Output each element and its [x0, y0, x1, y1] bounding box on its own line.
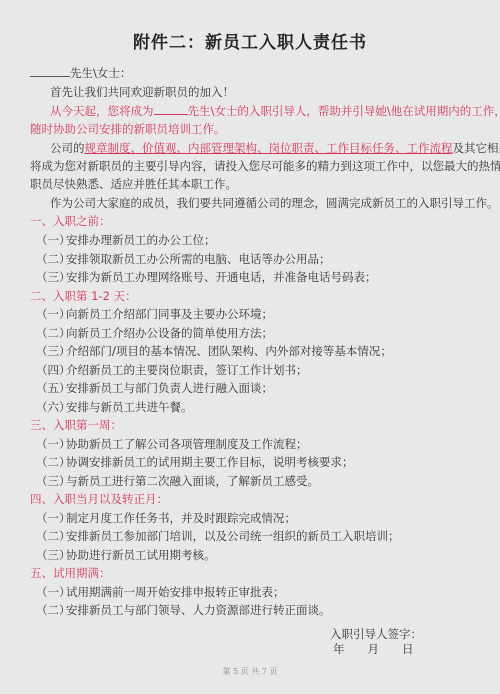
page-footer: 第 5 页 共 7 页 — [0, 666, 500, 677]
item-number: （一） — [36, 231, 66, 249]
item-number: （一） — [36, 305, 66, 323]
list-item: （三）协助进行新员工试用期考核。 — [36, 546, 216, 564]
section-heading: 三、入职第一周： — [30, 416, 122, 434]
para2-line3: 职员尽快熟悉、适应并胜任其本职工作。 — [30, 175, 237, 193]
para1-middle: 先生\女士的入职引导人，帮助并引导她\他在试用期内的工作，并 — [188, 104, 500, 118]
list-item: （一）向新员工介绍部门同事及主要办公环境； — [36, 305, 273, 323]
list-item: （二）安排新员工参加部门培训，以及公司统一组织的新员工入职培训； — [36, 527, 400, 545]
item-text: 安排新员工与部门负责人进行融入面谈； — [66, 381, 273, 395]
section-heading: 二、入职第 1-2 天： — [30, 287, 137, 305]
item-text: 安排与新员工共进午餐。 — [66, 400, 193, 414]
item-number: （四） — [36, 361, 66, 379]
list-item: （三）安排为新员工办理网络账号、开通电话，并准备电话号码表； — [36, 268, 377, 286]
list-item: （二）安排新员工与部门领导、人力资源部进行转正面谈。 — [36, 601, 331, 619]
item-number: （二） — [36, 527, 66, 545]
item-text: 协助进行新员工试用期考核。 — [66, 548, 216, 562]
item-text: 向新员工介绍部门同事及主要办公环境； — [66, 307, 273, 321]
item-number: （一） — [36, 583, 66, 601]
document-title: 附件二：新员工入职人责任书 — [0, 28, 500, 53]
item-text: 与新员工进行第二次融入面谈，了解新员工感受。 — [66, 474, 319, 488]
item-number: （五） — [36, 379, 66, 397]
salutation-line: 先生\女士： — [30, 64, 131, 82]
guide-name-blank — [154, 114, 188, 115]
list-item: （一）制定月度工作任务书，并及时跟踪完成情况； — [36, 509, 296, 527]
item-number: （六） — [36, 398, 66, 416]
list-item: （一）安排办理新员工的办公工位； — [36, 231, 216, 249]
item-text: 制定月度工作任务书，并及时跟踪完成情况； — [66, 511, 296, 525]
list-item: （四）介绍新员工的主要岗位职责，签订工作计划书； — [36, 361, 308, 379]
item-text: 介绍部门/项目的基本情况、团队架构、内外部对接等基本情况； — [66, 344, 392, 358]
list-item: （一）协助新员工了解公司各项管理制度及工作流程； — [36, 435, 308, 453]
salutation: 先生\女士： — [70, 66, 131, 80]
welcome-line: 首先让我们共同欢迎新职员的加入！ — [50, 83, 234, 101]
document-page: 附件二：新员工入职人责任书 先生\女士： 首先让我们共同欢迎新职员的加入！ 从今… — [0, 0, 500, 694]
para2-highlight: 规章制度、价值观、内部管理架构、岗位职责、工作目标任务、工作流程 — [85, 141, 453, 155]
item-number: （三） — [36, 268, 66, 286]
list-item: （一）试用期满前一周开始安排申报转正审批表； — [36, 583, 285, 601]
list-item: （六）安排与新员工共进午餐。 — [36, 398, 193, 416]
para1-line1: 从今天起，您将成为先生\女士的入职引导人，帮助并引导她\他在试用期内的工作，并 — [50, 102, 500, 120]
para1-line2: 随时协助公司安排的新职员培训工作。 — [30, 120, 226, 138]
item-text: 协助新员工了解公司各项管理制度及工作流程； — [66, 437, 308, 451]
para2-line2: 将成为您对新职员的主要引导内容，请投入您尽可能多的精力到这项工作中，以您最大的热… — [30, 157, 500, 175]
item-text: 安排新员工参加部门培训，以及公司统一组织的新员工入职培训； — [66, 529, 400, 543]
item-number: （二） — [36, 324, 66, 342]
item-text: 安排新员工与部门领导、人力资源部进行转正面谈。 — [66, 603, 331, 617]
item-text: 安排办理新员工的办公工位； — [66, 233, 216, 247]
list-item: （二）向新员工介绍办公设备的简单使用方法； — [36, 324, 273, 342]
list-item: （三）与新员工进行第二次融入面谈，了解新员工感受。 — [36, 472, 319, 490]
item-text: 协调安排新员工的试用期主要工作目标，说明考核要求； — [66, 455, 354, 469]
signature-date: 年 月 日 — [333, 641, 414, 657]
item-text: 介绍新员工的主要岗位职责，签订工作计划书； — [66, 363, 308, 377]
item-text: 试用期满前一周开始安排申报转正审批表； — [66, 585, 285, 599]
item-number: （二） — [36, 250, 66, 268]
item-text: 安排为新员工办理网络账号、开通电话，并准备电话号码表； — [66, 270, 377, 284]
para1-prefix: 从今天起，您将成为 — [50, 104, 154, 118]
name-blank — [30, 76, 70, 77]
item-text: 安排领取新员工办公所需的电脑、电话等办公用品； — [66, 252, 331, 266]
item-text: 向新员工介绍办公设备的简单使用方法； — [66, 326, 273, 340]
item-number: （二） — [36, 601, 66, 619]
item-number: （三） — [36, 546, 66, 564]
list-item: （三）介绍部门/项目的基本情况、团队架构、内外部对接等基本情况； — [36, 342, 392, 360]
item-number: （三） — [36, 342, 66, 360]
para3: 作为公司大家庭的成员，我们要共同遵循公司的理念，圆满完成新员工的入职引导工作。 — [50, 194, 499, 212]
item-number: （二） — [36, 453, 66, 471]
item-number: （一） — [36, 435, 66, 453]
para2-prefix: 公司的 — [50, 141, 85, 155]
item-number: （一） — [36, 509, 66, 527]
list-item: （二）安排领取新员工办公所需的电脑、电话等办公用品； — [36, 250, 331, 268]
para2-suffix: 及其它相关事项 — [453, 141, 500, 155]
list-item: （二）协调安排新员工的试用期主要工作目标，说明考核要求； — [36, 453, 354, 471]
signature-label: 入职引导人签字： — [330, 626, 422, 642]
section-heading: 一、入职之前： — [30, 212, 111, 230]
item-number: （三） — [36, 472, 66, 490]
list-item: （五）安排新员工与部门负责人进行融入面谈； — [36, 379, 273, 397]
section-heading: 四、入职当月以及转正月： — [30, 490, 168, 508]
section-heading: 五、试用期满： — [30, 564, 111, 582]
para2-line1: 公司的规章制度、价值观、内部管理架构、岗位职责、工作目标任务、工作流程及其它相关… — [50, 139, 500, 157]
